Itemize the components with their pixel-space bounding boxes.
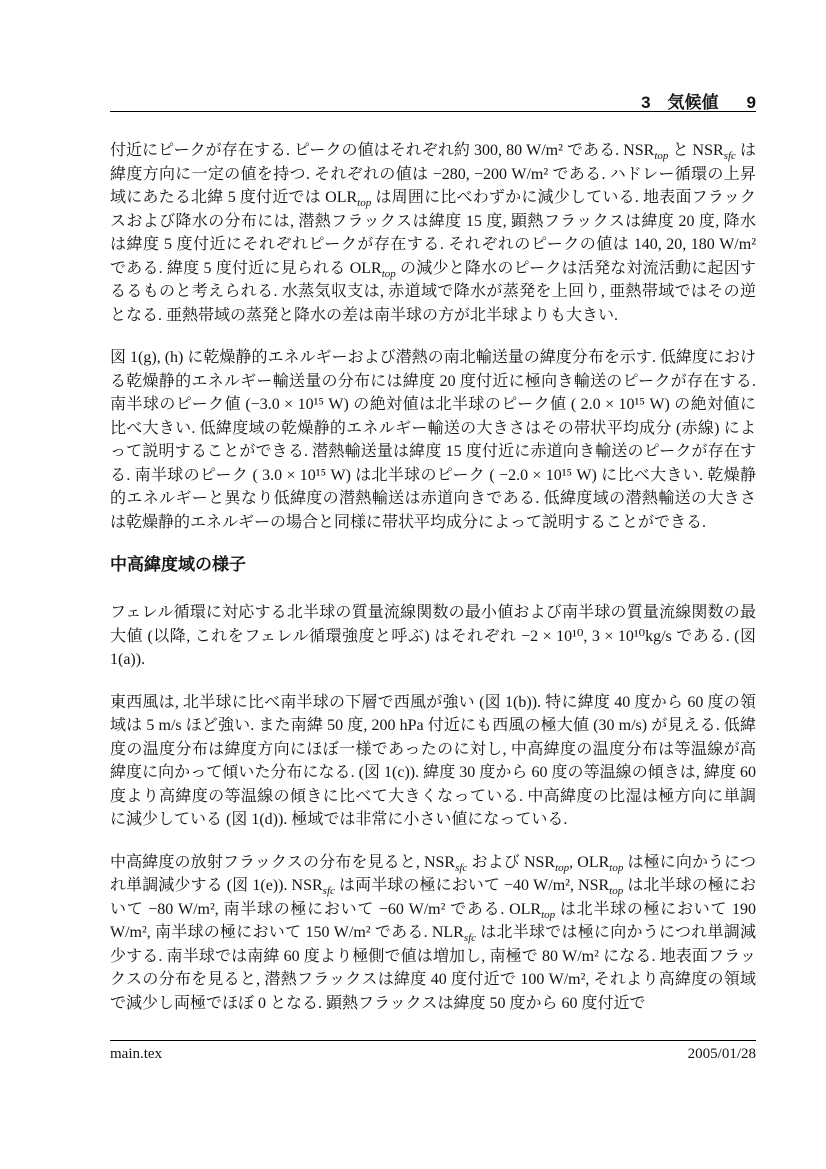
subsection-heading: 中高緯度域の様子 [110, 553, 756, 577]
section-header: 3 気候値 [641, 88, 718, 113]
paragraph-3: フェレル循環に対応する北半球の質量流線関数の最小値および南半球の質量流線関数の最… [110, 601, 756, 672]
document-page: 3 気候値 9 付近にピークが存在する. ピークの値はそれぞれ約 300, 80… [0, 0, 826, 1169]
paragraph-4: 東西風は, 北半球に比べ南半球の下層で西風が強い (図 1(b)). 特に緯度 … [110, 691, 756, 832]
page-header: 3 気候値 9 [110, 88, 756, 113]
paragraph-2: 図 1(g), (h) に乾燥静的エネルギーおよび潜熱の南北輸送量の緯度分布を示… [110, 346, 756, 534]
footer-rule [110, 1040, 756, 1041]
header-rule [110, 111, 756, 112]
paragraph-5: 中高緯度の放射フラックスの分布を見ると, NSRsfc および NSRtop, … [110, 851, 756, 1016]
document-body: 付近にピークが存在する. ピークの値はそれぞれ約 300, 80 W/m² であ… [110, 139, 756, 1034]
page-footer: main.tex 2005/01/28 [110, 1040, 756, 1063]
footer-date: 2005/01/28 [688, 1045, 756, 1063]
page-number: 9 [747, 93, 756, 113]
paragraph-1: 付近にピークが存在する. ピークの値はそれぞれ約 300, 80 W/m² であ… [110, 139, 756, 327]
footer-filename: main.tex [110, 1045, 162, 1063]
